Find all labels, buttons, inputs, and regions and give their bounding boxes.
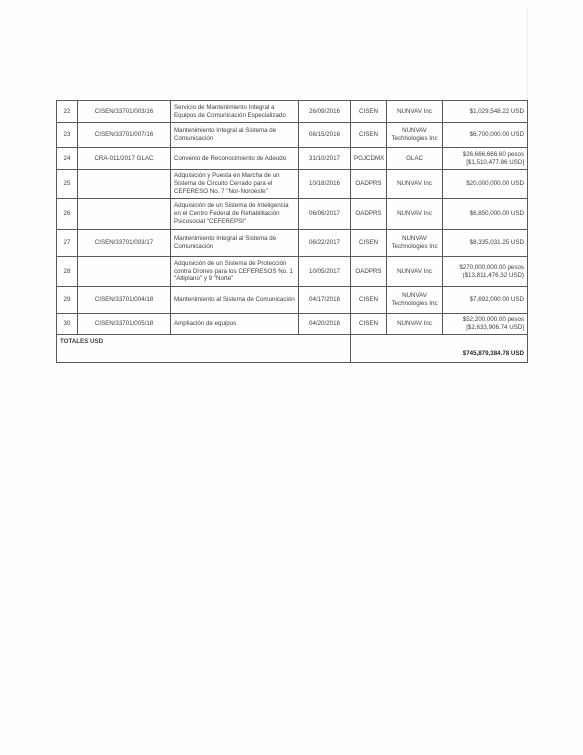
amount: $6,850,000.00 USD (443, 199, 528, 230)
table-row: 29 CISEN/33701/004/18 Mantenimiento al S… (57, 287, 528, 314)
amount-primary: $1,029,548.22 USD (446, 108, 524, 116)
contract-description: Mantenimiento al Sistema de Comunicación (171, 287, 299, 314)
table-row: 23 CISEN/33701/007/16 Mantenimiento Inte… (57, 123, 528, 148)
amount: $7,692,000.00 USD (443, 287, 528, 314)
contract-description: Adquisición de un Sistema de Protección … (171, 257, 299, 287)
contract-description: Mantenimiento Integral al Sistema de Com… (171, 230, 299, 257)
contract-description: Adquisición y Puesta en Marcha de un Sis… (171, 170, 299, 199)
agency: CISEN (351, 123, 387, 148)
totals-row: TOTALES USD $745,879,384.78 USD (57, 335, 528, 363)
agency: PGJCDMX (351, 148, 387, 170)
agency: CISEN (351, 314, 387, 335)
table-row: 25 Adquisición y Puesta en Marcha de un … (57, 170, 528, 199)
row-number: 26 (57, 199, 78, 230)
vendor: NUNVAV Technologies Inc (387, 230, 443, 257)
amount-primary: $20,000,000.00 USD (446, 180, 524, 188)
contract-id (78, 257, 171, 287)
row-number: 22 (57, 101, 78, 123)
row-number: 24 (57, 148, 78, 170)
agency: OADPRS (351, 170, 387, 199)
contract-description: Ampliación de equipos (171, 314, 299, 335)
contract-id: CISEN/33701/003/17 (78, 230, 171, 257)
row-number: 29 (57, 287, 78, 314)
row-number: 25 (57, 170, 78, 199)
amount-primary: $7,692,000.00 USD (446, 296, 524, 304)
amount: $20,000,000.00 USD (443, 170, 528, 199)
agency: CISEN (351, 230, 387, 257)
agency: CISEN (351, 101, 387, 123)
vendor: NUNVAV Inc (387, 101, 443, 123)
contract-date: 08/15/2016 (299, 123, 351, 148)
contract-description: Servicio de Mantenimiento Integral a Equ… (171, 101, 299, 123)
contract-id: CISEN/33701/007/16 (78, 123, 171, 148)
totals-value: $745,879,384.78 USD (351, 335, 528, 363)
contract-date: 06/22/2017 (299, 230, 351, 257)
row-number: 27 (57, 230, 78, 257)
amount-usd-equivalent: ($13,811,476.32 USD) (446, 272, 524, 280)
amount: $8,335,031.25 USD (443, 230, 528, 257)
vendor: GLAC (387, 148, 443, 170)
contract-description: Convenio de Reconocimiento de Adeudo (171, 148, 299, 170)
vendor: NUNVAV Inc (387, 199, 443, 230)
contract-id: CISEN/33701/003/16 (78, 101, 171, 123)
scan-artifact (527, 10, 529, 100)
contract-id (78, 170, 171, 199)
vendor: NUNVAV Inc (387, 314, 443, 335)
contract-date: 04/17/2018 (299, 287, 351, 314)
table-row: 30 CISEN/33701/005/18 Ampliación de equi… (57, 314, 528, 335)
contract-id: CRA-011/2017 GLAC (78, 148, 171, 170)
amount-primary: $52,200,000.00 pesos (446, 316, 524, 324)
contract-date: 10/18/2016 (299, 170, 351, 199)
amount-primary: $270,000,000.00 pesos (446, 264, 524, 272)
amount: $52,200,000.00 pesos [$2,633,906.74 USD] (443, 314, 528, 335)
amount-primary: $26,666,666.60 pesos (446, 151, 524, 159)
amount-primary: $8,335,031.25 USD (446, 239, 524, 247)
contract-id: CISEN/33701/004/18 (78, 287, 171, 314)
contract-date: 06/06/2017 (299, 199, 351, 230)
amount-usd-equivalent: [$2,633,906.74 USD] (446, 324, 524, 332)
contract-date: 26/09/2016 (299, 101, 351, 123)
contract-date: 31/10/2017 (299, 148, 351, 170)
contracts-table: 22 CISEN/33701/003/16 Servicio de Manten… (56, 100, 528, 363)
agency: CISEN (351, 287, 387, 314)
contract-date: 10/05/2017 (299, 257, 351, 287)
scanned-page: 22 CISEN/33701/003/16 Servicio de Manten… (0, 0, 583, 755)
amount-usd-equivalent: [$1,510,477.86 USD] (446, 159, 524, 167)
table-row: 26 Adquisición de un Sistema de Intelige… (57, 199, 528, 230)
vendor: NUNVAV Inc (387, 170, 443, 199)
agency: OADPRS (351, 257, 387, 287)
row-number: 23 (57, 123, 78, 148)
amount: $1,029,548.22 USD (443, 101, 528, 123)
vendor: NUNVAV Technologies Inc (387, 287, 443, 314)
amount: $26,666,666.60 pesos [$1,510,477.86 USD] (443, 148, 528, 170)
amount: $270,000,000.00 pesos ($13,811,476.32 US… (443, 257, 528, 287)
vendor: NUNVAV Inc (387, 257, 443, 287)
amount-primary: $6,700,000.00 USD (446, 131, 524, 139)
contract-description: Adquisición de un Sistema de Inteligenci… (171, 199, 299, 230)
table-row: 24 CRA-011/2017 GLAC Convenio de Reconoc… (57, 148, 528, 170)
row-number: 28 (57, 257, 78, 287)
contract-description: Mantenimiento Integral al Sistema de Com… (171, 123, 299, 148)
contract-id (78, 199, 171, 230)
table-row: 22 CISEN/33701/003/16 Servicio de Manten… (57, 101, 528, 123)
row-number: 30 (57, 314, 78, 335)
contract-date: 04/20/2018 (299, 314, 351, 335)
totals-label: TOTALES USD (57, 335, 351, 363)
agency: OADPRS (351, 199, 387, 230)
vendor: NUNVAV Technologies Inc (387, 123, 443, 148)
amount-primary: $6,850,000.00 USD (446, 210, 524, 218)
contract-id: CISEN/33701/005/18 (78, 314, 171, 335)
table-row: 27 CISEN/33701/003/17 Mantenimiento Inte… (57, 230, 528, 257)
table-row: 28 Adquisición de un Sistema de Protecci… (57, 257, 528, 287)
amount: $6,700,000.00 USD (443, 123, 528, 148)
